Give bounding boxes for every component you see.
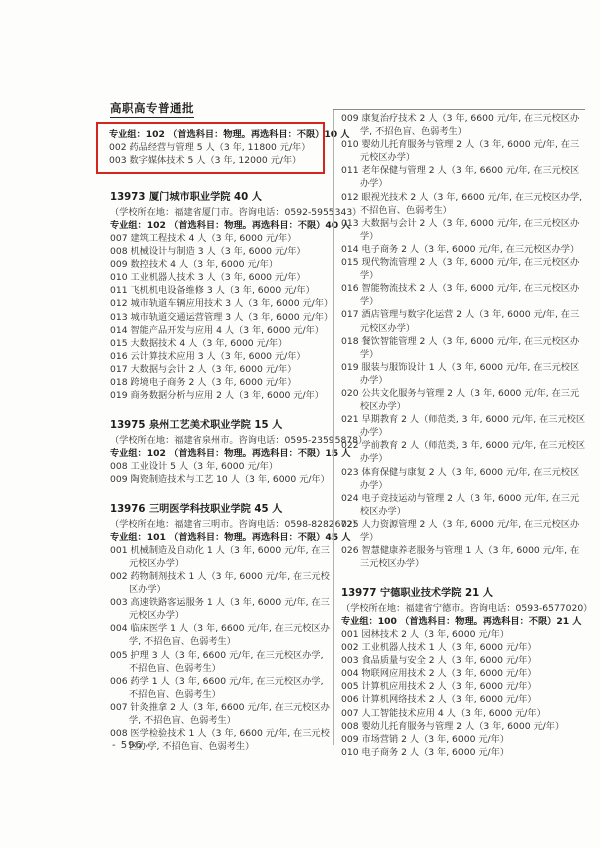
school-section: 13976 三明医学科技职业学院 45 人（学校所在地：福建省三明市。咨询电话：…: [110, 503, 334, 753]
school-location: （学校所在地：福建省厦门市。咨询电话：0592-5955343）: [110, 206, 334, 219]
major-line: 018 跨境电子商务 2 人（3 年, 6000 元/年）: [110, 376, 334, 389]
major-group-line: 专业组：102 （首选科目：物理。再选科目：不限）15 人: [110, 447, 334, 460]
major-line: 011 老年保健与管理 2 人（3 年, 6600 元/年, 在三元校区办学）: [341, 164, 585, 190]
major-line: 004 临床医学 1 人（3 年, 6600 元/年, 在三元校区办学, 不招色…: [110, 622, 334, 648]
school-section: 13975 泉州工艺美术职业学院 15 人（学校所在地：福建省泉州市。咨询电话：…: [110, 419, 334, 486]
school-section: 13977 宁德职业技术学院 21 人（学校所在地：福建省宁德市。咨询电话：05…: [341, 587, 585, 759]
major-line: 020 公共文化服务与管理 2 人（3 年, 6000 元/年, 在三元校区办学…: [341, 387, 585, 413]
major-line: 022 学前教育 2 人（师范类, 3 年, 6000 元/年, 在三元校区办学…: [341, 439, 585, 465]
major-line: 010 婴幼儿托育服务与管理 2 人（3 年, 6000 元/年, 在三元校区办…: [341, 138, 585, 164]
major-line: 010 电子商务 2 人（3 年, 6000 元/年）: [341, 746, 585, 759]
right-school-sections: 13977 宁德职业技术学院 21 人（学校所在地：福建省宁德市。咨询电话：05…: [341, 587, 585, 759]
major-line: 013 大数据与会计 2 人（3 年, 6000 元/年, 在三元校区办学）: [341, 217, 585, 243]
major-group-line: 专业组：102 （首选科目：物理。再选科目：不限）10 人: [109, 128, 318, 141]
scanned-page: 高职高专普通批 专业组：102 （首选科目：物理。再选科目：不限）10 人 00…: [0, 0, 600, 848]
major-line: 003 高速铁路客运服务 1 人（3 年, 6000 元/年, 在三元校区办学）: [110, 596, 334, 622]
school-name: 13976 三明医学科技职业学院 45 人: [110, 503, 334, 518]
highlight-box: 专业组：102 （首选科目：物理。再选科目：不限）10 人 002 药品经营与管…: [96, 122, 325, 174]
major-line: 004 物联网应用技术 2 人（3 年, 6000 元/年）: [341, 667, 585, 680]
school-location: （学校所在地：福建省三明市。咨询电话：0598-8282672）: [110, 518, 334, 531]
major-line: 013 城市轨道交通运营管理 3 人（3 年, 6000 元/年）: [110, 311, 334, 324]
major-line: 023 体育保健与康复 2 人（3 年, 6000 元/年, 在三元校区办学）: [341, 466, 585, 492]
major-line: 015 大数据技术 4 人（3 年, 6000 元/年）: [110, 337, 334, 350]
major-line: 010 工业机器人技术 3 人（3 年, 6000 元/年）: [110, 271, 334, 284]
right-column: 009 康复治疗技术 2 人（3 年, 6600 元/年, 在三元校区办学, 不…: [341, 112, 585, 759]
major-line: 002 药品经营与管理 5 人（3 年, 11800 元/年）: [109, 141, 318, 154]
major-group-line: 专业组：102 （首选科目：物理。再选科目：不限）40 人: [110, 219, 334, 232]
major-line: 011 飞机机电设备维修 3 人（3 年, 6000 元/年）: [110, 284, 334, 297]
major-line: 015 现代物流管理 2 人（3 年, 6000 元/年, 在三元校区办学）: [341, 256, 585, 282]
major-line: 012 城市轨道车辆应用技术 3 人（3 年, 6000 元/年）: [110, 297, 334, 310]
left-school-sections: 13973 厦门城市职业学院 40 人（学校所在地：福建省厦门市。咨询电话：05…: [110, 191, 334, 753]
batch-section-header: 高职高专普通批: [110, 100, 194, 118]
major-line: 018 餐饮智能管理 2 人（3 年, 6000 元/年, 在三元校区办学）: [341, 335, 585, 361]
major-line: 007 针灸推拿 2 人（3 年, 6600 元/年, 在三元校区办学, 不招色…: [110, 701, 334, 727]
major-line: 024 电子竞技运动与管理 2 人（3 年, 6000 元/年, 在三元校区办学…: [341, 492, 585, 518]
school-section: 13973 厦门城市职业学院 40 人（学校所在地：福建省厦门市。咨询电话：05…: [110, 191, 334, 402]
major-group-line: 专业组：101 （首选科目：物理。再选科目：不限）45 人: [110, 531, 334, 544]
column-divider: [333, 110, 334, 745]
major-line: 008 婴幼儿托育服务与管理 2 人（3 年, 6000 元/年）: [341, 720, 585, 733]
major-line: 026 智慧健康养老服务与管理 1 人（3 年, 6000 元/年, 在三元校区…: [341, 544, 585, 570]
left-column: 高职高专普通批 专业组：102 （首选科目：物理。再选科目：不限）10 人 00…: [110, 97, 334, 753]
page-number: - 596 -: [112, 740, 152, 751]
major-line: 005 计算机应用技术 2 人（3 年, 6000 元/年）: [341, 680, 585, 693]
major-line: 016 智能物流技术 2 人（3 年, 6000 元/年, 在三元校区办学）: [341, 282, 585, 308]
major-line: 016 云计算技术应用 3 人（3 年, 6000 元/年）: [110, 350, 334, 363]
major-line: 001 机械制造及自动化 1 人（3 年, 6000 元/年, 在三元校区办学）: [110, 544, 334, 570]
major-line: 017 酒店管理与数字化运营 2 人（3 年, 6000 元/年, 在三元校区办…: [341, 308, 585, 334]
school-location: （学校所在地：福建省宁德市。咨询电话：0593-6577020）: [341, 602, 585, 615]
right-column-top-rule: [333, 109, 585, 110]
major-line: 019 服装与服饰设计 1 人（3 年, 6000 元/年, 在三元校区办学）: [341, 361, 585, 387]
school-name: 13973 厦门城市职业学院 40 人: [110, 191, 334, 206]
major-line: 007 人工智能技术应用 4 人（3 年, 6000 元/年）: [341, 707, 585, 720]
major-line: 006 计算机网络技术 2 人（3 年, 6000 元/年）: [341, 693, 585, 706]
major-line: 007 建筑工程技术 4 人（3 年, 6000 元/年）: [110, 232, 334, 245]
major-line: 001 园林技术 2 人（3 年, 6000 元/年）: [341, 628, 585, 641]
school-location: （学校所在地：福建省泉州市。咨询电话：0595-23595878）: [110, 434, 334, 447]
major-line: 014 智能产品开发与应用 4 人（3 年, 6000 元/年）: [110, 324, 334, 337]
school-name: 13975 泉州工艺美术职业学院 15 人: [110, 419, 334, 434]
major-line: 025 人力资源管理 2 人（3 年, 6000 元/年, 在三元校区办学）: [341, 518, 585, 544]
major-line: 017 大数据与会计 2 人（3 年, 6000 元/年）: [110, 363, 334, 376]
major-line: 002 药物制剂技术 1 人（3 年, 6000 元/年, 在三元校区办学）: [110, 570, 334, 596]
major-line: 012 眼视光技术 2 人（3 年, 6600 元/年, 在三元校区办学, 不招…: [341, 191, 585, 217]
major-line: 008 机械设计与制造 3 人（3 年, 6000 元/年）: [110, 245, 334, 258]
major-line: 005 护理 3 人（3 年, 6600 元/年, 在三元校区办学, 不招色盲、…: [110, 649, 334, 675]
major-line: 021 早期教育 2 人（师范类, 3 年, 6000 元/年, 在三元校区办学…: [341, 413, 585, 439]
major-line: 008 工业设计 5 人（3 年, 6000 元/年）: [110, 460, 334, 473]
major-line: 002 工业机器人技术 1 人（3 年, 6000 元/年）: [341, 641, 585, 654]
major-line: 003 食品质量与安全 2 人（3 年, 6000 元/年）: [341, 654, 585, 667]
major-line: 009 数控技术 4 人（3 年, 6000 元/年）: [110, 258, 334, 271]
school-name: 13977 宁德职业技术学院 21 人: [341, 587, 585, 602]
major-line: 014 电子商务 2 人（3 年, 6000 元/年, 在三元校区办学）: [341, 243, 585, 256]
major-line: 009 陶瓷制造技术与工艺 10 人（3 年, 6000 元/年）: [110, 473, 334, 486]
continuation-majors-list: 009 康复治疗技术 2 人（3 年, 6600 元/年, 在三元校区办学, 不…: [341, 112, 585, 570]
major-group-line: 专业组：100 （首选科目：物理。再选科目：不限）21 人: [341, 615, 585, 628]
major-line: 006 药学 1 人（3 年, 6600 元/年, 在三元校区办学, 不招色盲、…: [110, 675, 334, 701]
highlighted-majors-list: 002 药品经营与管理 5 人（3 年, 11800 元/年）003 数字媒体技…: [109, 141, 318, 167]
major-line: 009 市场营销 2 人（3 年, 6000 元/年）: [341, 733, 585, 746]
major-line: 019 商务数据分析与应用 2 人（3 年, 6000 元/年）: [110, 389, 334, 402]
major-line: 009 康复治疗技术 2 人（3 年, 6600 元/年, 在三元校区办学, 不…: [341, 112, 585, 138]
major-line: 003 数字媒体技术 5 人（3 年, 12000 元/年）: [109, 154, 318, 167]
